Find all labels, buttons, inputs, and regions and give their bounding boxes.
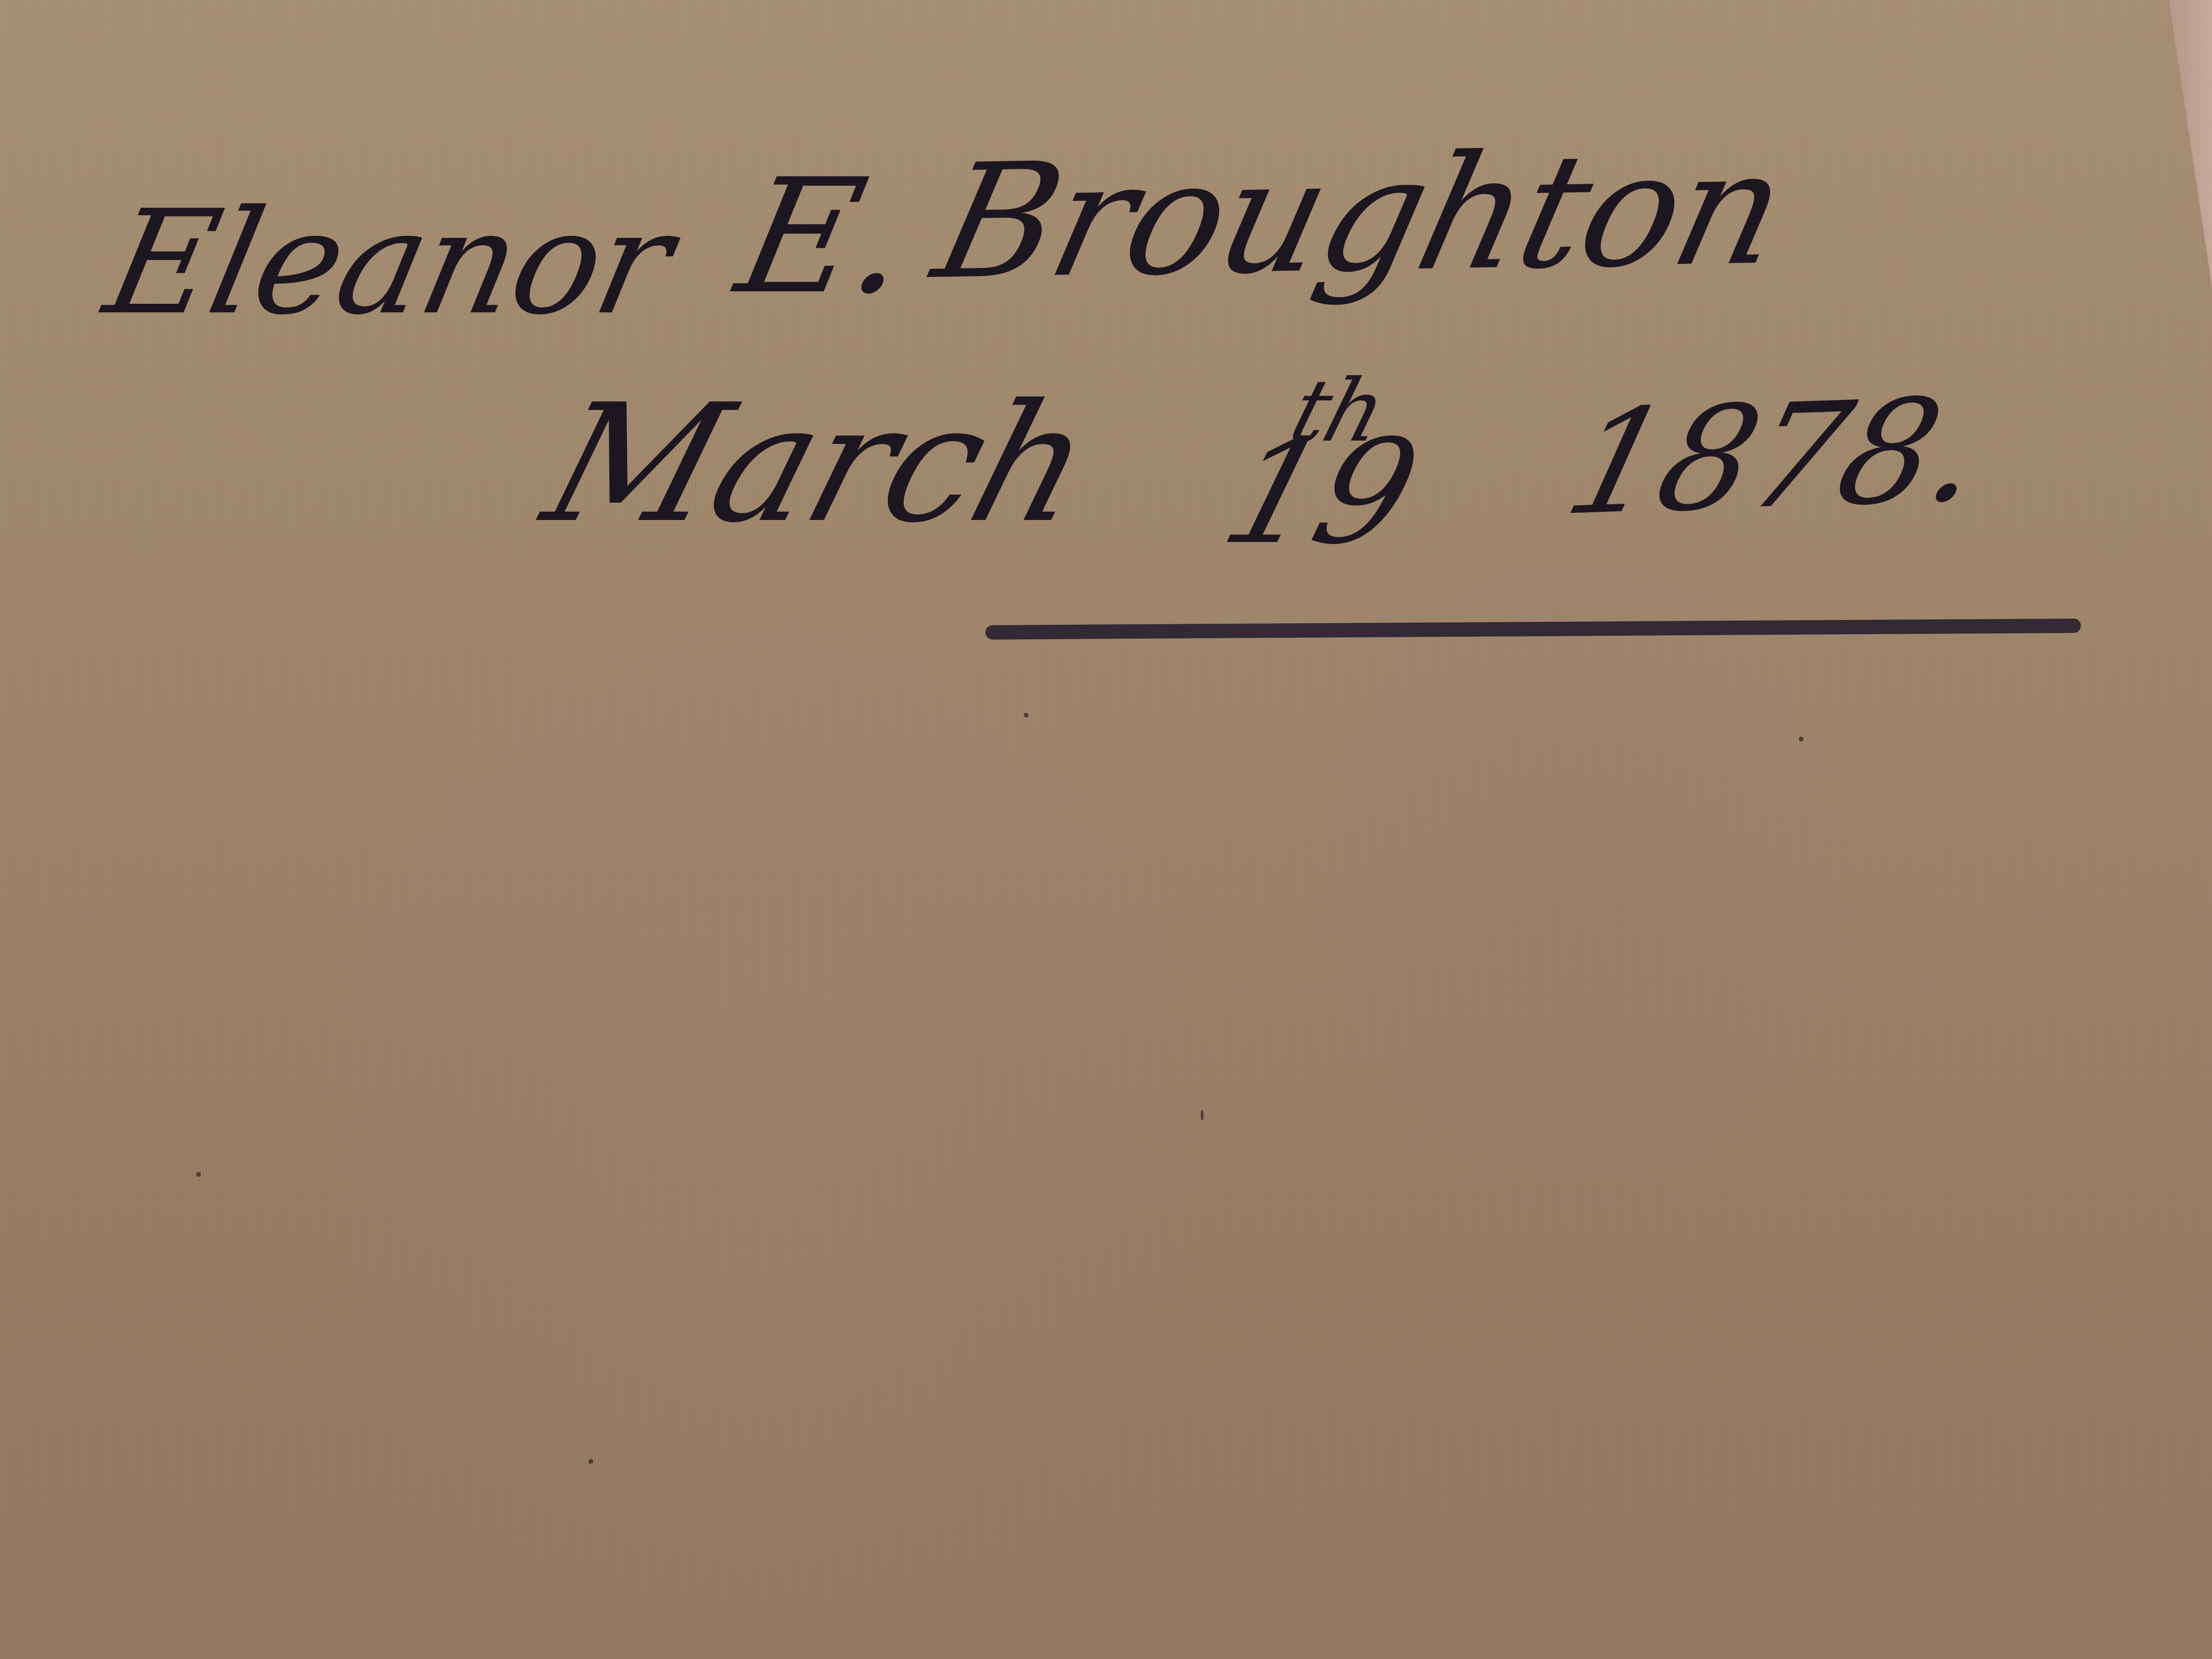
page-edge [2169, 0, 2212, 287]
inscription-first-name: Eleanor [96, 191, 681, 335]
inscription-middle-initial: E. [727, 158, 922, 316]
inscription-last-name: Broughton [923, 129, 1797, 301]
paper-speck [1024, 713, 1029, 718]
inscription-date-year: 1878. [1555, 378, 1996, 536]
paper-speck [588, 1459, 593, 1464]
ink-underline [985, 619, 2081, 640]
paper-speck [1201, 1110, 1204, 1120]
aged-paper-page: Eleanor E. Broughton March 19 th 1878. [0, 0, 2212, 1659]
paper-speck [1799, 737, 1803, 741]
inscription-date-month: March [531, 383, 1105, 545]
paper-speck [196, 1172, 201, 1177]
